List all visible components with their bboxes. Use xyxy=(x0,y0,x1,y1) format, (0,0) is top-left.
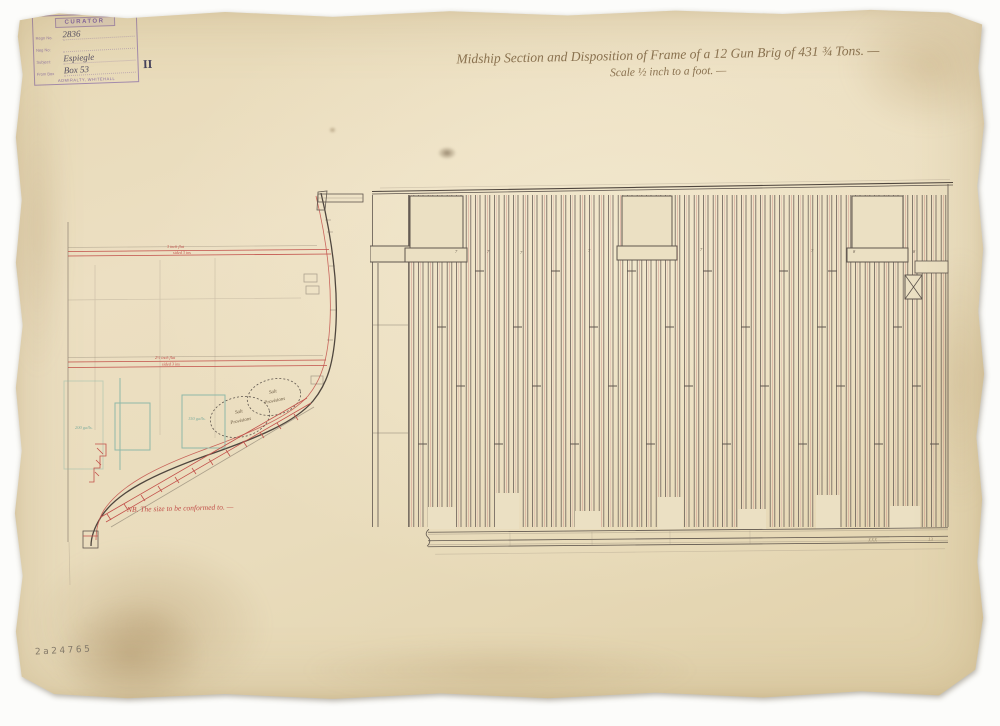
centerline xyxy=(68,222,70,585)
ink-smudge xyxy=(438,147,456,159)
frame-disposition-drawing: 7 7 7 7 7 7 8 8 xyxy=(370,175,955,575)
stamp-header: CURATOR xyxy=(54,16,114,28)
scanned-plan-canvas: CURATOR Regn No. 2836 Neg No: Subject: E… xyxy=(0,0,1000,726)
stamp-footer: ADMIRALTY, WHITEHALL xyxy=(37,75,136,83)
svg-text:Provisions: Provisions xyxy=(263,397,286,407)
bulwark-topside xyxy=(317,191,363,340)
svg-text:Provisions: Provisions xyxy=(229,417,252,427)
deck-clamps xyxy=(304,274,323,384)
keel-mark: 13 xyxy=(928,538,934,543)
negative-number: 2a24765 xyxy=(35,645,93,658)
left-edge-timbers xyxy=(370,195,410,527)
stamp-label: From Box xyxy=(37,71,64,77)
upper-deck-annotation: 3 inch flat xyxy=(167,244,185,249)
stamp-label: Subject: xyxy=(36,59,63,65)
keel-mark: XXX xyxy=(867,538,878,543)
stamp-label: Regn No. xyxy=(36,35,63,41)
curator-stamp: CURATOR Regn No. 2836 Neg No: Subject: E… xyxy=(32,12,139,86)
lower-deck-annotation: 2½ inch flat xyxy=(155,355,176,360)
stamp-value-handwritten: Box 53 xyxy=(64,63,136,77)
lower-deck-annotation: sided 3 ins xyxy=(162,362,180,367)
top-sheer-line xyxy=(372,180,953,195)
tank-capacity-label: 200 galls. xyxy=(75,425,93,430)
crossed-timber-box xyxy=(905,275,922,299)
folio-numeral: II xyxy=(143,57,153,72)
tank-capacity-label: 150 galls. xyxy=(188,416,206,421)
paper-sheet: CURATOR Regn No. 2836 Neg No: Subject: E… xyxy=(10,5,988,701)
salt-provisions-oval-2: Salt Provisions xyxy=(244,374,304,420)
drawing-title: Midship Section and Disposition of Frame… xyxy=(428,42,909,83)
stamp-label: Neg No: xyxy=(36,47,63,53)
stamp-row-box: From Box Box 53 xyxy=(37,62,136,76)
upper-deck-lines: 3 inch flat sided 3 ins xyxy=(68,244,331,256)
salt-provisions-oval-1: Salt Provisions xyxy=(206,391,273,443)
svg-text:Salt: Salt xyxy=(269,389,278,396)
nb-note: NB. The size to be conformed to. — xyxy=(126,502,234,514)
lower-deck-lines: 2½ inch flat sided 3 ins xyxy=(68,355,327,368)
keel: XXX 13 xyxy=(426,525,948,555)
small-spot xyxy=(329,127,336,133)
water-tanks: 200 galls. 150 galls. xyxy=(64,378,225,470)
stain-bottom-center xyxy=(300,640,700,700)
svg-text:Salt: Salt xyxy=(235,409,244,416)
midship-section-drawing: 3 inch flat sided 3 ins 2½ inch flat sid… xyxy=(55,180,375,590)
paper-sheet-wrap: CURATOR Regn No. 2836 Neg No: Subject: E… xyxy=(10,5,988,701)
upper-deck-annotation: sided 3 ins xyxy=(173,250,191,255)
